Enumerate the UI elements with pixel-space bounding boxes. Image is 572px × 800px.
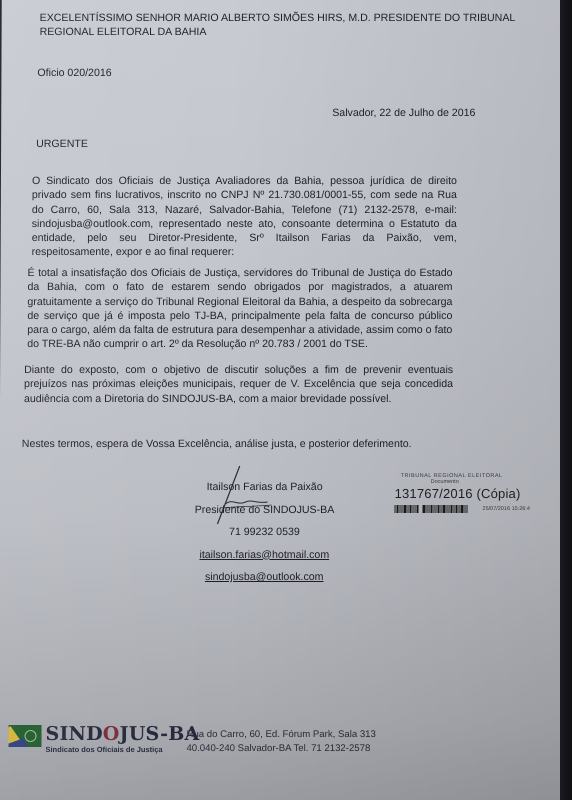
addressee-line-1: EXCELENTÍSSIMO SENHOR MARIO ALBERTO SIMÕ… bbox=[40, 11, 516, 25]
addressee-block: EXCELENTÍSSIMO SENHOR MARIO ALBERTO SIMÕ… bbox=[40, 11, 516, 39]
signatory-name: Itailson Farias da Paixão bbox=[180, 476, 350, 499]
addressee-line-2: REGIONAL ELEITORAL DA BAHIA bbox=[40, 25, 516, 39]
reference-number: Oficio 020/2016 bbox=[37, 66, 111, 80]
stamp-label: Documento bbox=[431, 479, 565, 485]
protocol-stamp: TRIBUNAL REGIONAL ELEITORAL Documento 13… bbox=[395, 473, 565, 513]
brazil-flag-seal-icon bbox=[8, 725, 41, 747]
closing-line: Nestes termos, espera de Vossa Excelênci… bbox=[22, 437, 412, 451]
signature-block: Itailson Farias da Paixão Presidente do … bbox=[179, 476, 349, 589]
signatory-title: Presidente do SINDOJUS-BA bbox=[179, 499, 349, 522]
paragraph-intro: O Sindicato dos Oficiais de Justiça Aval… bbox=[32, 174, 457, 260]
stamp-timestamp: 25/07/2016 15:26:4 bbox=[483, 506, 530, 512]
footer-address: Rua do Carro, 60, Ed. Fórum Park, Sala 3… bbox=[186, 728, 375, 756]
signatory-phone: 71 99232 0539 bbox=[179, 521, 349, 544]
brand-subtitle: Sindicato dos Oficiais de Justiça bbox=[45, 745, 199, 754]
org-email-link[interactable]: sindojusba@outlook.com bbox=[205, 571, 324, 583]
brand-name: SINDOJUS-BA bbox=[45, 725, 199, 744]
paragraph-complaint: É total a insatisfação dos Oficiais de J… bbox=[27, 266, 452, 352]
footer-address-line-1: Rua do Carro, 60, Ed. Fórum Park, Sala 3… bbox=[187, 728, 376, 742]
photo-background-edge bbox=[560, 0, 572, 800]
urgency-label: URGENTE bbox=[36, 137, 88, 151]
sindojus-logo: SINDOJUS-BA Sindicato dos Oficiais de Ju… bbox=[8, 725, 199, 754]
footer-address-line-2: 40.040-240 Salvador-BA Tel. 71 2132-2578 bbox=[186, 742, 375, 756]
personal-email-link[interactable]: itailson.farias@hotmail.com bbox=[199, 549, 329, 561]
paragraph-request: Diante do exposto, com o objetivo de dis… bbox=[24, 363, 453, 406]
stamp-number: 131767/2016 (Cópia) bbox=[395, 486, 565, 501]
barcode-icon bbox=[395, 505, 469, 513]
place-date: Salvador, 22 de Julho de 2016 bbox=[332, 106, 475, 120]
letter-page: EXCELENTÍSSIMO SENHOR MARIO ALBERTO SIMÕ… bbox=[0, 0, 564, 800]
